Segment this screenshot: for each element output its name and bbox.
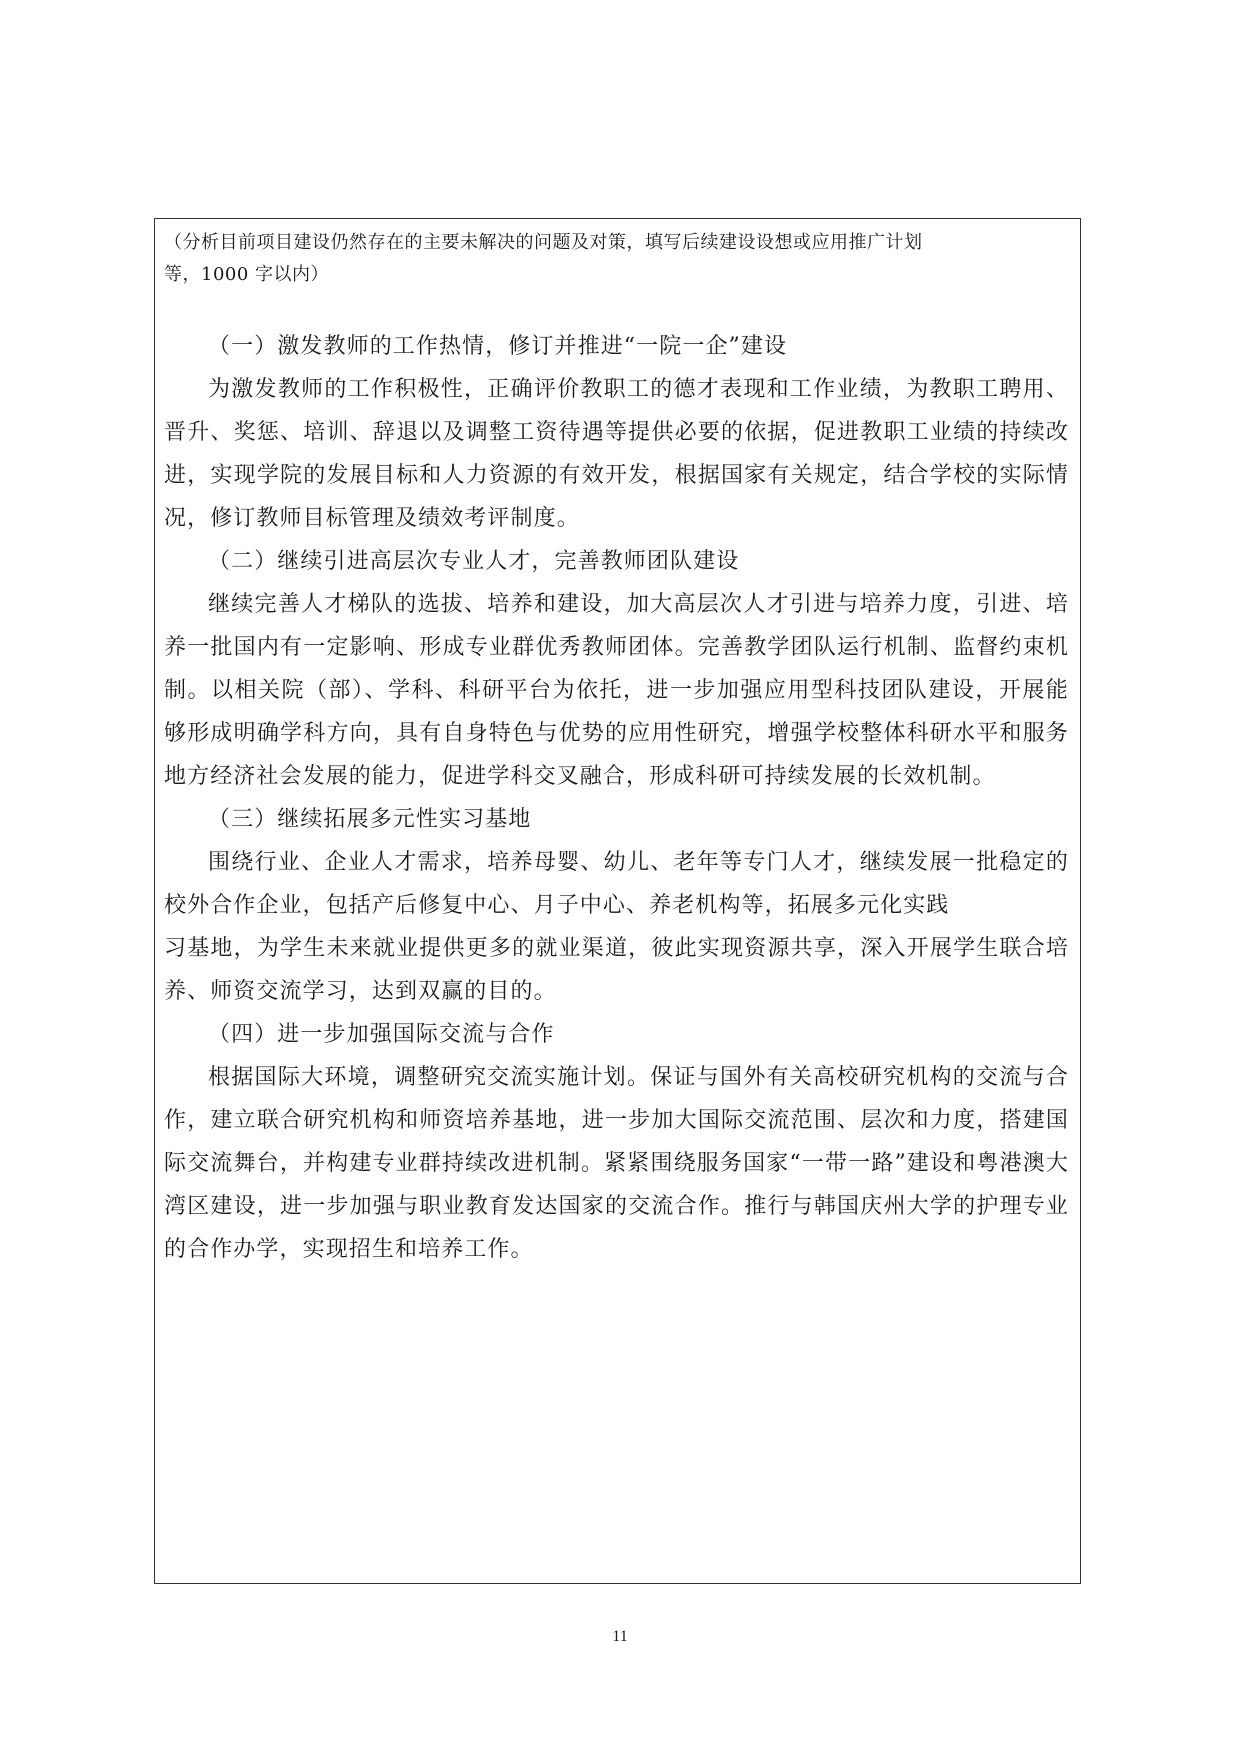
form-table-cell: （分析目前项目建设仍然存在的主要未解决的问题及对策，填写后续建设设想或应用推广计… xyxy=(154,218,1081,1584)
section-heading-1: （一）激发教师的工作热情，修订并推进“一院一企”建设 xyxy=(164,325,1069,368)
section-3-paragraph-b: 习基地，为学生未来就业提供更多的就业渠道，彼此实现资源共享，深入开展学生联合培养… xyxy=(164,927,1069,1013)
section-3-paragraph-a: 围绕行业、企业人才需求，培养母婴、幼儿、老年等专门人才，继续发展一批稳定的校外合… xyxy=(164,841,1069,927)
body-content: （一）激发教师的工作热情，修订并推进“一院一企”建设 为激发教师的工作积极性，正… xyxy=(164,325,1069,1271)
section-1-paragraph: 为激发教师的工作积极性，正确评价教职工的德才表现和工作业绩，为教职工聘用、晋升、… xyxy=(164,368,1069,540)
instruction-line-2: 等，1000 字以内） xyxy=(164,259,1069,291)
instruction-note: （分析目前项目建设仍然存在的主要未解决的问题及对策，填写后续建设设想或应用推广计… xyxy=(164,227,1069,291)
page-number: 11 xyxy=(0,1628,1240,1646)
section-2-paragraph: 继续完善人才梯队的选拔、培养和建设，加大高层次人才引进与培养力度，引进、培养一批… xyxy=(164,583,1069,798)
section-heading-4: （四）进一步加强国际交流与合作 xyxy=(164,1013,1069,1056)
section-heading-2: （二）继续引进高层次专业人才，完善教师团队建设 xyxy=(164,540,1069,583)
document-page: （分析目前项目建设仍然存在的主要未解决的问题及对策，填写后续建设设想或应用推广计… xyxy=(0,0,1240,1753)
instruction-line-1: （分析目前项目建设仍然存在的主要未解决的问题及对策，填写后续建设设想或应用推广计… xyxy=(164,227,1069,259)
section-4-paragraph: 根据国际大环境，调整研究交流实施计划。保证与国外有关高校研究机构的交流与合作，建… xyxy=(164,1056,1069,1271)
section-heading-3: （三）继续拓展多元性实习基地 xyxy=(164,798,1069,841)
